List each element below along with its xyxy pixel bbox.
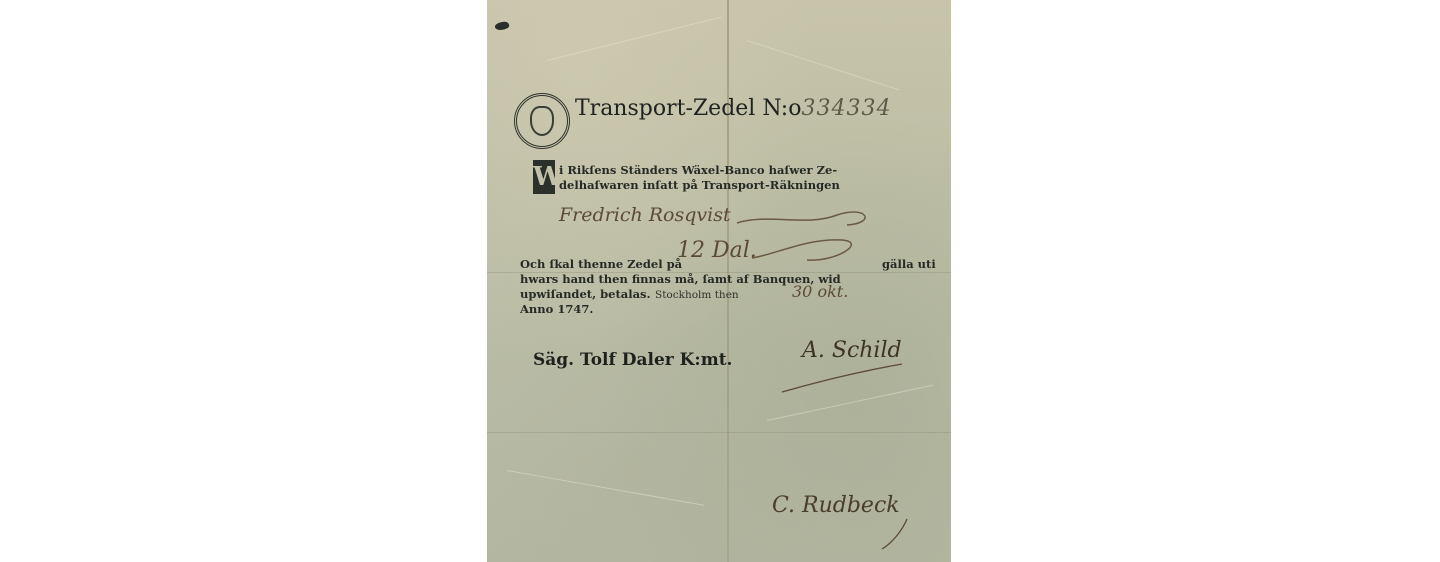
signature-underline [777,360,907,400]
handwritten-amount: 12 Dal. [677,238,757,263]
place-of-issue: Stockholm then [655,289,739,301]
amount-flourish [747,234,867,264]
document-title: Transport-Zedel N:o334334 [575,96,891,121]
issue-year: Anno 1747. [520,302,593,317]
amount-in-words: Säg. Tolf Daler K:mt. [533,350,732,370]
drop-cap-letter: W [533,160,555,194]
title-label: Transport-Zedel N:o [575,96,801,121]
body-line-5-prefix: upwiſandet, betalas. [520,287,651,302]
seal-emblem-icon [530,106,554,136]
paper-crease [547,16,722,61]
signature-2-flourish [877,515,927,555]
paper-crease [747,40,899,90]
body-line-3-prefix: Och ſkal thenne Zedel på [520,257,682,272]
ink-blot-mark [494,20,510,32]
serial-number: 334334 [801,96,891,121]
bank-seal-stamp [514,93,570,149]
banknote-document: Transport-Zedel N:o334334 W i Rikſens St… [487,0,951,562]
handwritten-flourish [727,205,877,235]
handwritten-date: 30 okt. [792,282,848,301]
body-line-2: delhaſwaren inſatt på Transport-Räkninge… [559,178,840,193]
body-line-3-suffix: gälla uti [882,257,936,272]
horizontal-fold-line [487,432,951,433]
handwritten-payee-name: Fredrich Rosqvist [559,204,731,226]
body-line-1: i Rikſens Ständers Wäxel-Banco haſwer Ze… [559,163,837,178]
paper-crease [507,470,704,506]
